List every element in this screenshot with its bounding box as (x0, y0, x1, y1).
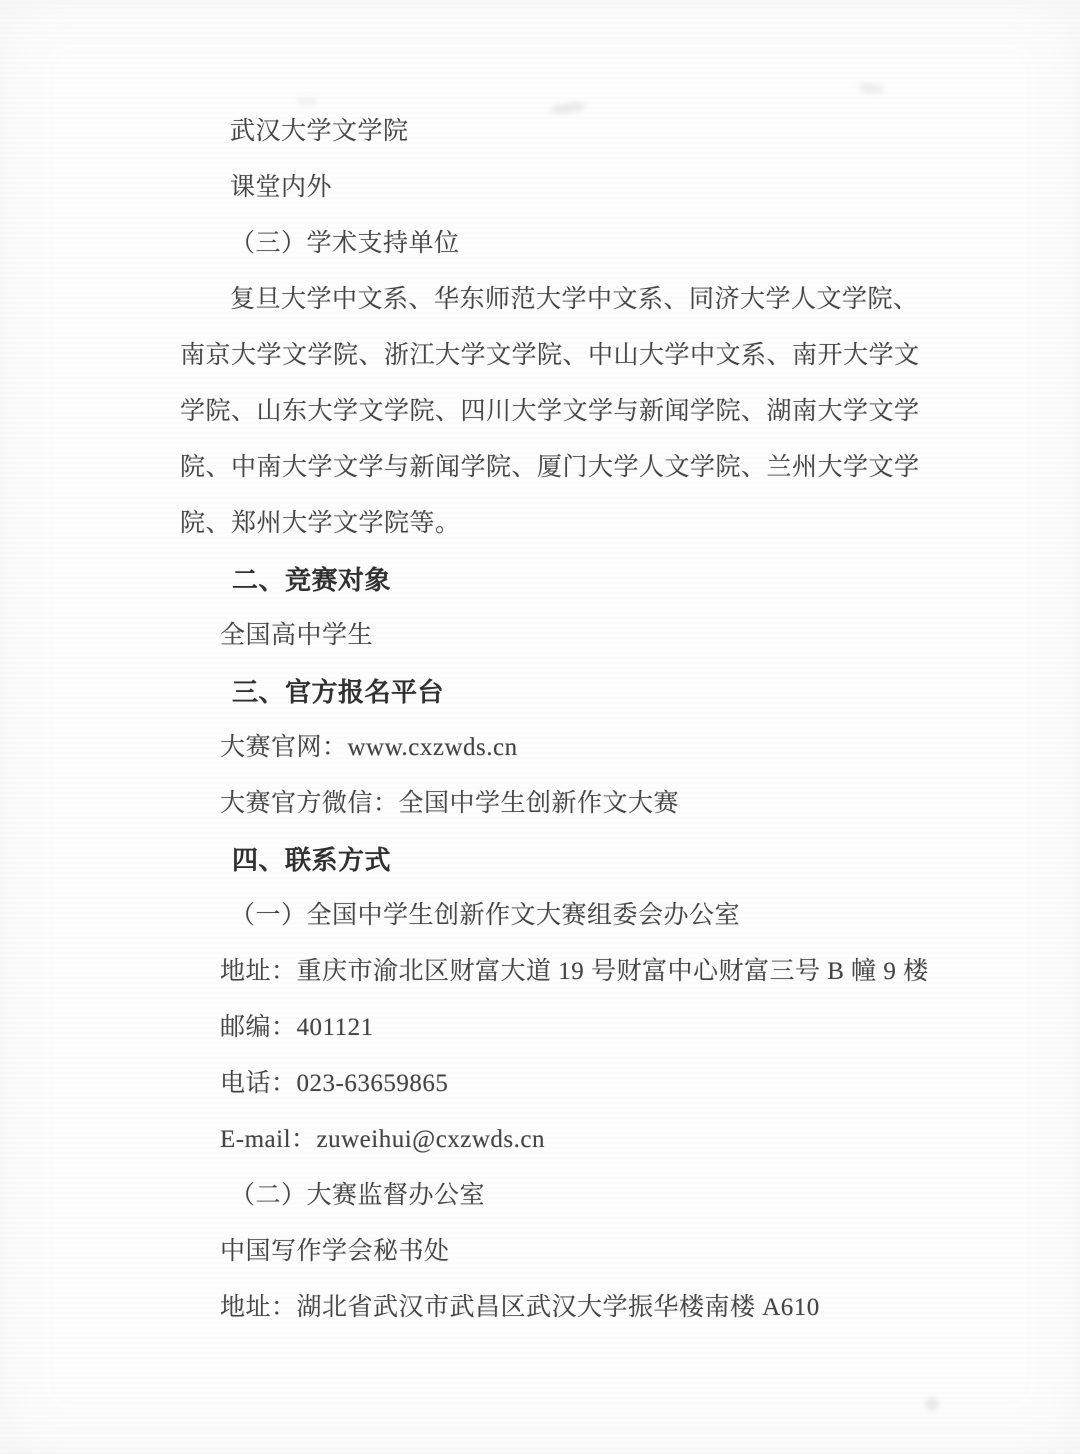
official-website-line: 大赛官网：www.cxzwds.cn (180, 720, 925, 776)
heading-section4-contact: 四、联系方式 (180, 832, 925, 888)
academic-support-paragraph-line: 院、中南大学文学与新闻学院、厦门大学人文学院、兰州大学文学 (180, 440, 925, 496)
official-wechat-line: 大赛官方微信：全国中学生创新作文大赛 (180, 776, 925, 832)
heading-section3-official-platform: 三、官方报名平台 (180, 664, 925, 720)
scan-smudge (858, 83, 885, 95)
document-body: 武汉大学文学院 课堂内外 （三）学术支持单位 复旦大学中文系、华东师范大学中文系… (180, 104, 925, 1336)
contest-target-line: 全国高中学生 (180, 608, 925, 664)
office1-email-line: E-mail：zuweihui@cxzwds.cn (180, 1112, 925, 1168)
office1-phone-line: 电话：023-63659865 (180, 1056, 925, 1112)
office1-address-line: 地址：重庆市渝北区财富大道 19 号财富中心财富三号 B 幢 9 楼 (180, 944, 925, 1000)
cohost-line-ketang-neiwai: 课堂内外 (180, 160, 925, 216)
office2-org-line: 中国写作学会秘书处 (180, 1224, 925, 1280)
heading-section2-contest-target: 二、竞赛对象 (180, 552, 925, 608)
office1-title-line: （一）全国中学生创新作文大赛组委会办公室 (180, 888, 925, 944)
academic-support-paragraph-line: 复旦大学中文系、华东师范大学中文系、同济大学人文学院、 (180, 272, 925, 328)
academic-support-paragraph-line: 院、郑州大学文学院等。 (180, 496, 925, 552)
office2-title-line: （二）大赛监督办公室 (180, 1168, 925, 1224)
office1-postcode-line: 邮编：401121 (180, 1000, 925, 1056)
office2-address-line: 地址：湖北省武汉市武昌区武汉大学振华楼南楼 A610 (180, 1280, 925, 1336)
scanned-document-page: 武汉大学文学院 课堂内外 （三）学术支持单位 复旦大学中文系、华东师范大学中文系… (0, 0, 1080, 1454)
scan-smudge (925, 1398, 939, 1410)
academic-support-paragraph-line: 南京大学文学院、浙江大学文学院、中山大学中文系、南开大学文 (180, 328, 925, 384)
cohost-line-wuhan-university: 武汉大学文学院 (180, 104, 925, 160)
academic-support-paragraph-line: 学院、山东大学文学院、四川大学文学与新闻学院、湖南大学文学 (180, 384, 925, 440)
heading-academic-support: （三）学术支持单位 (180, 216, 925, 272)
